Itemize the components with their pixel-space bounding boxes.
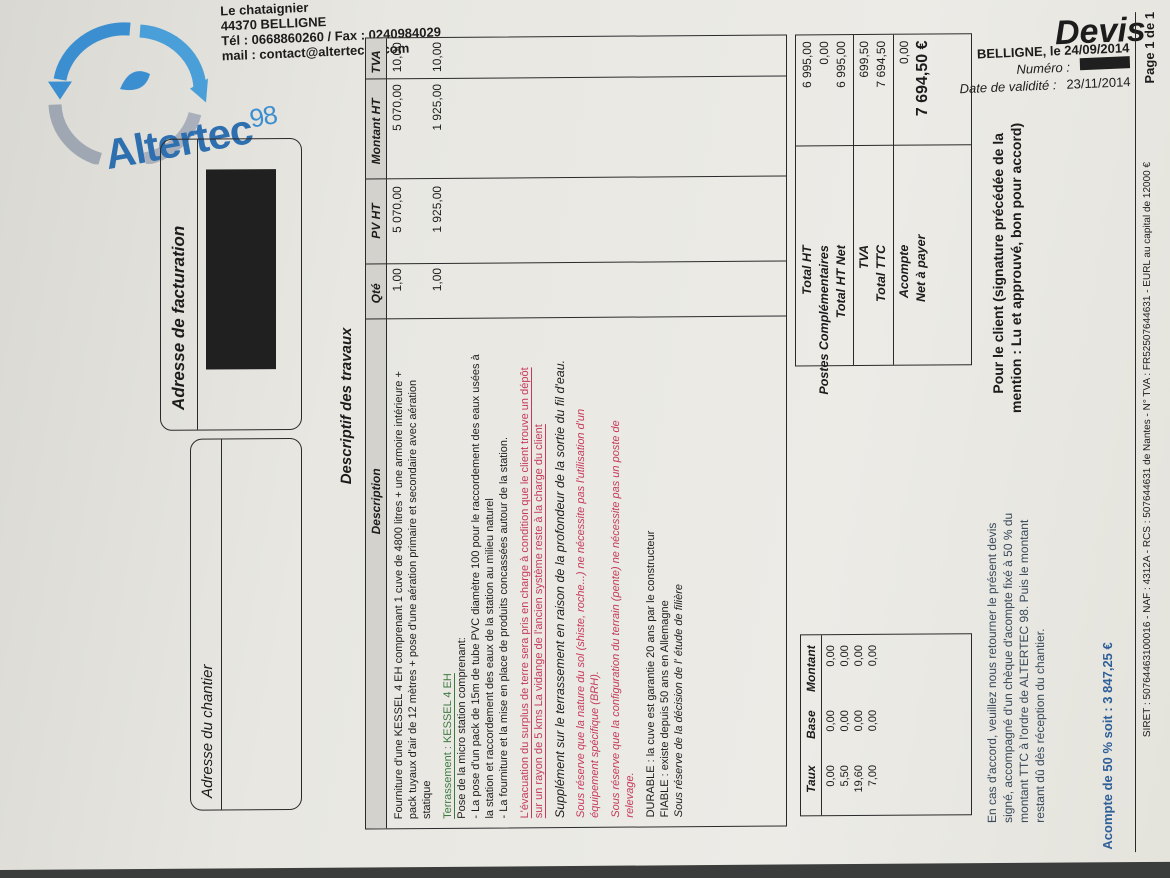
quote-document: Altertec98 Le chataignier 44370 BELLIGNE… <box>0 0 1170 870</box>
description-line: Sous réserve de la décision de l' étude … <box>673 322 686 817</box>
tax-header-taux: Taux <box>804 765 818 793</box>
tax-cell: 19,60 <box>853 765 865 793</box>
row2-qty: 1,00 <box>430 268 444 291</box>
description-line: - La fourniture et la mise en place de p… <box>498 323 511 818</box>
description-line: DURABLE : la cuve est garantie 20 ans pa… <box>645 322 658 817</box>
tax-cell: 5,50 <box>839 765 851 787</box>
total-value: 0,00 <box>817 41 831 64</box>
total-value: 7 694,50 <box>874 41 888 88</box>
total-label: Acompte <box>897 245 911 299</box>
header-qty: Qté <box>369 283 383 303</box>
col-divider <box>366 76 786 80</box>
total-label: Total HT Net <box>834 245 848 318</box>
description-cell: Fourniture d'une KESSEL 4 EH comprenant … <box>392 322 782 820</box>
header-tva: TVA <box>369 50 383 73</box>
description-line: - La pose d'un pack de 15m de tube PVC d… <box>470 324 483 819</box>
total-label: Total TTC <box>874 245 888 302</box>
divider <box>197 140 198 430</box>
tax-cell: 0,00 <box>853 710 865 732</box>
tax-header: Taux Base Montant <box>801 635 822 815</box>
validity-label: Date de validité : <box>959 76 1056 97</box>
totals-table: Total HT6 995,00Postes Complémentaires0,… <box>795 33 972 366</box>
header-pv-ht: PV HT <box>369 203 383 238</box>
description-line: Fourniture d'une KESSEL 4 EH comprenant … <box>393 324 406 819</box>
page-number: Page 1 de 1 <box>1142 12 1157 84</box>
description-line: sur un rayon de 5 kms La vidange de l'an… <box>533 323 546 818</box>
numero-label: Numéro : <box>1016 59 1070 78</box>
row1-tva: 10,00 <box>390 42 404 72</box>
total-value: 699,50 <box>857 41 871 78</box>
total-value: 7 694,50 € <box>914 40 932 116</box>
row2-tva: 10,00 <box>430 42 444 72</box>
description-line: FIABLE : existe depuis 50 ans en Allemag… <box>659 322 672 817</box>
accord-notes: En cas d'accord, veuillez nous retourner… <box>985 482 1095 823</box>
description-line: Supplément sur le terrassement en raison… <box>554 323 567 818</box>
header-montant-ht: Montant HT <box>369 98 383 164</box>
tax-cell: 7,00 <box>867 765 879 787</box>
accord-line: En cas d'accord, veuillez nous retourner… <box>985 483 999 823</box>
tax-cell: 0,00 <box>839 645 851 667</box>
description-line: la station et raccordement des eaux de l… <box>484 324 497 819</box>
works-table: Description Qté PV HT Montant HT TVA Fou… <box>365 35 787 830</box>
col-divider <box>366 261 786 265</box>
accord-line: restant dû dès réception du chantier. <box>1033 483 1047 823</box>
accord-line: signé, accompagné d'un chèque d'acompte … <box>1001 483 1015 823</box>
divider <box>893 35 894 365</box>
section-title: Descriptif des travaux <box>338 328 355 485</box>
tax-cell: 0,00 <box>867 645 879 667</box>
table-header: Description Qté PV HT Montant HT TVA <box>366 38 387 828</box>
description-line: Pose de la micro station comprenant: <box>456 324 469 819</box>
tax-cell: 0,00 <box>825 765 837 787</box>
tax-cell: 0,00 <box>853 645 865 667</box>
tax-cell: 0,00 <box>839 710 851 732</box>
col-divider <box>366 176 786 180</box>
divider <box>796 144 971 146</box>
row2-pv: 1 925,00 <box>430 186 444 233</box>
row1-montant: 5 070,00 <box>390 84 404 131</box>
description-line: Sous réserve que la nature du sol (shist… <box>575 323 588 818</box>
divider <box>221 439 222 809</box>
description-line: Sous réserve que la configuration du ter… <box>610 323 623 818</box>
acompte-note: Acompte de 50 % soit : 3 847,25 € <box>1100 642 1115 849</box>
total-label: Net à payer <box>914 235 928 303</box>
col-divider <box>366 316 786 320</box>
description-line: statique <box>421 324 434 819</box>
tax-cell: 0,00 <box>825 645 837 667</box>
description-line: équipement spécifique (BRH). <box>589 323 602 818</box>
footer-divider <box>1135 12 1136 852</box>
redacted-address <box>206 169 276 369</box>
description-line: relevage. <box>624 323 637 818</box>
billing-address-box: Adresse de facturation <box>160 138 302 431</box>
divider <box>853 35 854 365</box>
total-label: TVA <box>857 245 871 269</box>
total-label: Total HT <box>800 245 814 295</box>
accord-line: montant TTC à l'ordre de ALTERTEC 98. Pu… <box>1017 483 1031 823</box>
validity-value: 23/11/2014 <box>1066 73 1131 93</box>
tax-header-montant: Montant <box>804 645 818 692</box>
description-line: L'évacuation du surplus de terre sera pr… <box>519 323 532 818</box>
tax-header-base: Base <box>804 710 818 739</box>
description-line: pack tuyaux d'air de 12 mètres + pose d'… <box>407 324 420 819</box>
tax-table: Taux Base Montant 0,000,000,005,500,000,… <box>800 633 972 816</box>
numero-redacted <box>1080 56 1130 70</box>
chantier-address-box: Adresse du chantier <box>190 438 302 811</box>
document-meta: BELLIGNE, le 24/09/2014 Numéro : Date de… <box>958 39 1131 97</box>
tax-rows: 0,000,000,005,500,000,0019,600,000,007,0… <box>825 634 967 815</box>
client-signature-line1: Pour le client (signature précédée de la <box>990 133 1006 394</box>
totals-rows: Total HT6 995,00Postes Complémentaires0,… <box>796 34 971 365</box>
row1-qty: 1,00 <box>390 268 404 291</box>
header-description: Description <box>369 468 383 534</box>
tax-cell: 0,00 <box>825 710 837 732</box>
row2-montant: 1 925,00 <box>430 84 444 131</box>
total-value: 6 995,00 <box>834 41 848 88</box>
client-signature-line2: mention : Lu et approuvé, bon pour accor… <box>1008 123 1024 413</box>
billing-address-label: Adresse de facturation <box>169 225 189 409</box>
footer-legal: SIRET : 50764463100016 - NAF : 4312A - R… <box>1142 162 1153 737</box>
chantier-address-label: Adresse du chantier <box>199 664 216 798</box>
total-label: Postes Complémentaires <box>817 245 831 394</box>
row1-pv: 5 070,00 <box>390 186 404 233</box>
description-line: Terrassement : KESSEL 4 EH <box>442 324 455 819</box>
total-value: 0,00 <box>897 41 911 64</box>
tax-cell: 0,00 <box>867 710 879 732</box>
total-value: 6 995,00 <box>800 41 814 88</box>
